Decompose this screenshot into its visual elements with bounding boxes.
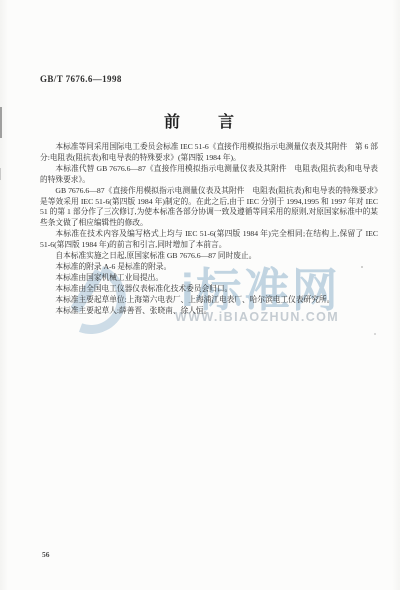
paragraph: 本标准由全国电工仪器仪表标准化技术委员会归口。 bbox=[40, 284, 378, 295]
page-number: 56 bbox=[42, 550, 50, 559]
paragraph: 本标准等同采用国际电工委员会标准 IEC 51-6《直接作用模拟指示电测量仪表及… bbox=[40, 142, 378, 164]
paragraph: 本标准的附录 A-6 是标准的附录。 bbox=[40, 262, 378, 273]
paragraph: 本标准在技术内容及编写格式上均与 IEC 51-6(第四版 1984 年)完全相… bbox=[40, 229, 378, 251]
paragraph: 自本标准实施之日起,原国家标准 GB 7676.6—87 同时废止。 bbox=[40, 251, 378, 262]
paragraph: 本标准主要起草单位:上海第六电表厂、上海浦江电表厂、哈尔滨电工仪表研究所。 bbox=[40, 295, 378, 306]
standard-number: GB/T 7676.6—1998 bbox=[40, 74, 122, 84]
scan-artifact bbox=[0, 107, 2, 138]
foreword-body: 本标准等同采用国际电工委员会标准 IEC 51-6《直接作用模拟指示电测量仪表及… bbox=[40, 142, 378, 317]
paragraph: GB 7676.6—87《直接作用模拟指示电测量仪表及其附件 电阻表(阻抗表)和… bbox=[40, 186, 378, 230]
paragraph: 本标准主要起草人:薛善晋、张晓南、徐人恒。 bbox=[40, 306, 378, 317]
scan-speck bbox=[374, 333, 376, 335]
paragraph: 本标准由国家机械工业局提出。 bbox=[40, 273, 378, 284]
paragraph: 本标准代替 GB 7676.6—87《直接作用模拟指示电测量仪表及其附件 电阻表… bbox=[40, 164, 378, 186]
scan-artifact bbox=[0, 168, 1, 180]
page-title: 前 言 bbox=[0, 109, 400, 132]
document-page: GB/T 7676.6—1998 前 言 i标准网 WWW.iBIAOZHUN.… bbox=[0, 0, 400, 590]
